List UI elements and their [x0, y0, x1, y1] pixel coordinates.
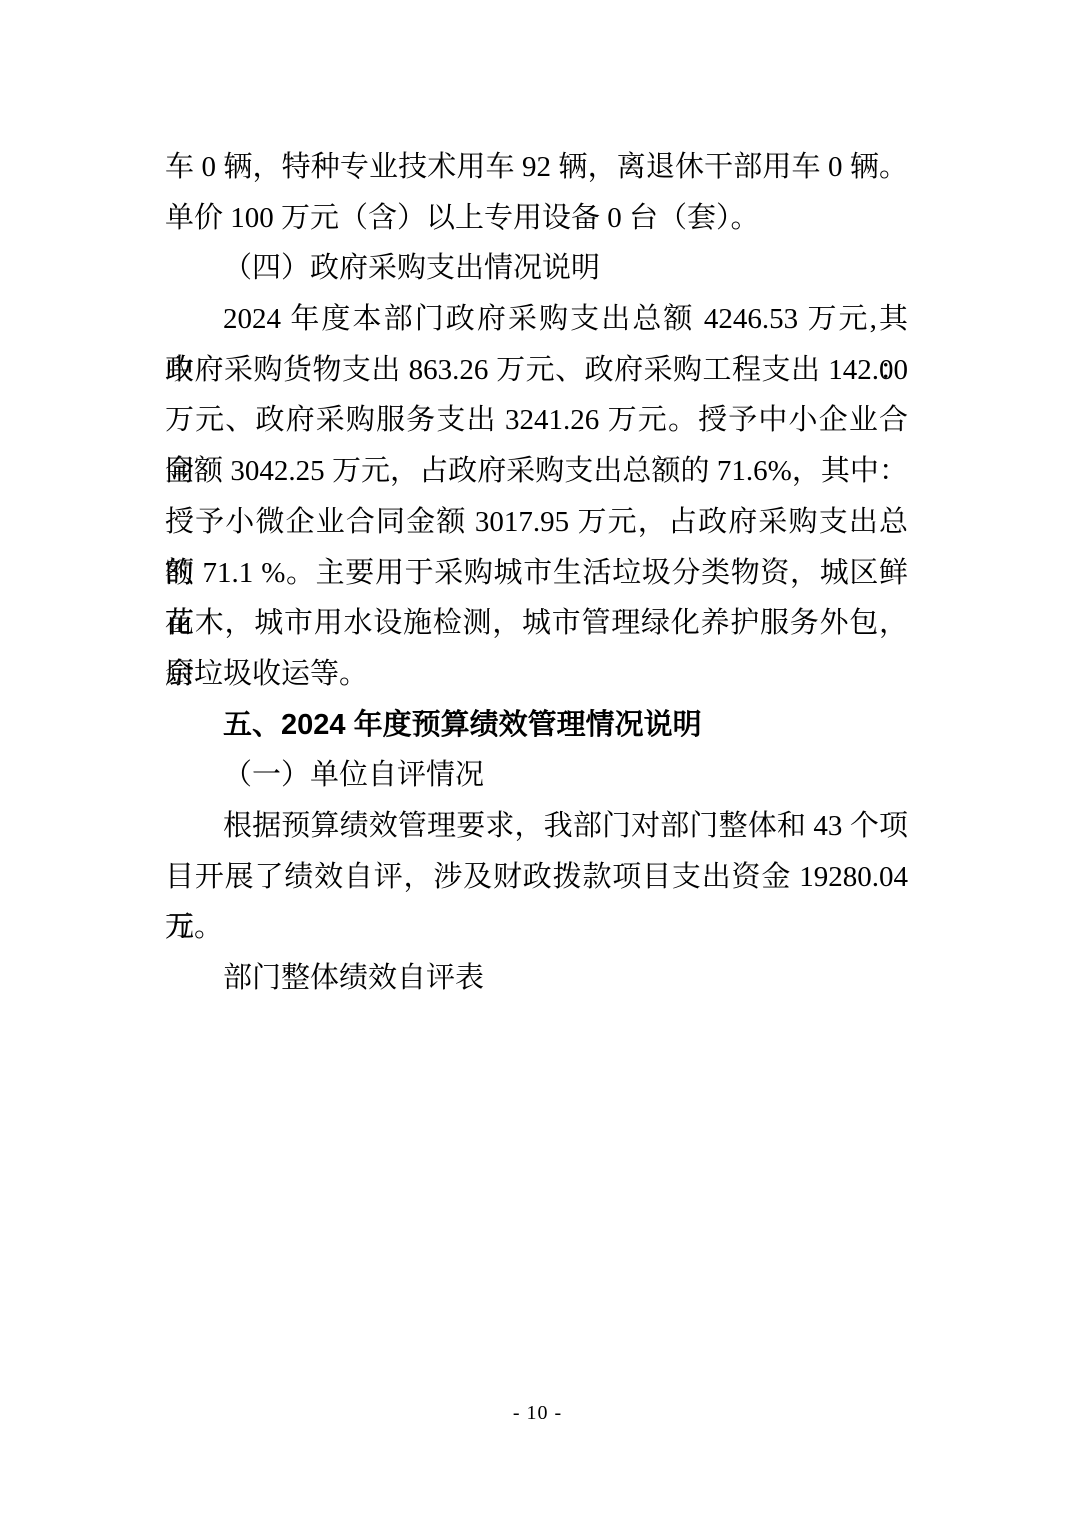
table-caption-dept-performance: 部门整体绩效自评表: [165, 953, 908, 1004]
heading-section-five: 五、2024 年度预算绩效管理情况说明: [165, 700, 908, 751]
para-performance-self-eval-line: 根据预算绩效管理要求，我部门对部门整体和 43 个项: [165, 801, 908, 852]
para-gov-procurement-line: 苗木，城市用水设施检测，城市管理绿化养护服务外包，厨: [165, 598, 908, 649]
document-page: 车 0 辆，特种专业技术用车 92 辆，离退休干部用车 0 辆。 单价 100 …: [0, 0, 1075, 1520]
heading-subsection-one: （一）单位自评情况: [165, 750, 908, 801]
para-gov-procurement-line: 授予小微企业合同金额 3017.95 万元，占政府采购支出总额: [165, 497, 908, 548]
para-gov-procurement-line: 金额 3042.25 万元，占政府采购支出总额的 71.6%，其中：: [165, 446, 908, 497]
document-body: 车 0 辆，特种专业技术用车 92 辆，离退休干部用车 0 辆。 单价 100 …: [165, 142, 908, 1004]
para-gov-procurement-line: 的 71.1 %。主要用于采购城市生活垃圾分类物资，城区鲜花: [165, 548, 908, 599]
para-gov-procurement-line: 万元、政府采购服务支出 3241.26 万元。授予中小企业合同: [165, 395, 908, 446]
para-gov-procurement-line: 政府采购货物支出 863.26 万元、政府采购工程支出 142.00: [165, 345, 908, 396]
para-gov-procurement-line: 2024 年度本部门政府采购支出总额 4246.53 万元,其中：: [165, 294, 908, 345]
para-special-vehicles-last-line: 单价 100 万元（含）以上专用设备 0 台（套）。: [165, 193, 908, 244]
para-gov-procurement-last-line: 余垃圾收运等。: [165, 649, 908, 700]
para-performance-self-eval-line: 目开展了绩效自评，涉及财政拨款项目支出资金 19280.04 万: [165, 852, 908, 903]
para-special-vehicles-line: 车 0 辆，特种专业技术用车 92 辆，离退休干部用车 0 辆。: [165, 142, 908, 193]
para-performance-self-eval-last-line: 元。: [165, 902, 908, 953]
heading-section-four: （四）政府采购支出情况说明: [165, 243, 908, 294]
page-number: - 10 -: [0, 1398, 1075, 1428]
